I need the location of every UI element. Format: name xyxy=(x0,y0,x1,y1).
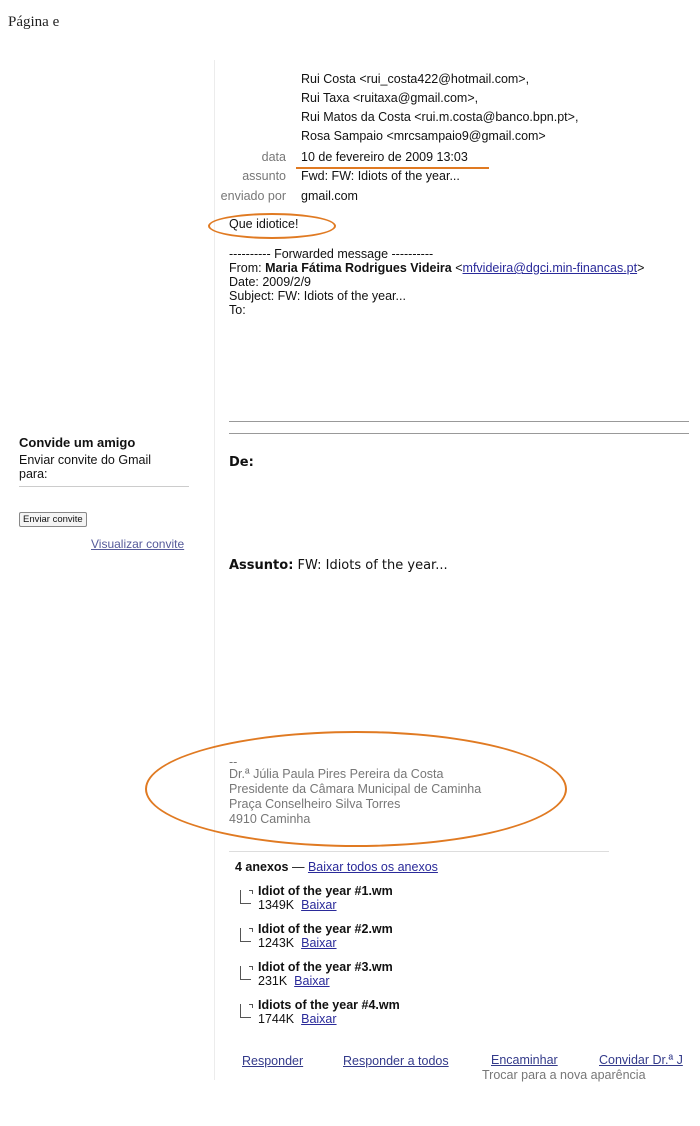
from-email-link[interactable]: mfvideira@dgci.min-financas.pt xyxy=(463,261,638,275)
column-divider xyxy=(214,60,215,1080)
comment-circle-annotation xyxy=(208,213,336,239)
de-label: De: xyxy=(229,455,254,470)
divider xyxy=(229,433,689,434)
subject-label: assunto xyxy=(206,167,286,186)
to-line: To: xyxy=(229,303,246,317)
signature-circle-annotation xyxy=(145,731,567,847)
attachments-count: 4 anexos xyxy=(235,860,289,874)
download-all-link[interactable]: Baixar todos os anexos xyxy=(308,860,438,874)
recipient: Rui Matos da Costa <rui.m.costa@banco.bp… xyxy=(301,108,578,127)
file-icon xyxy=(240,966,251,980)
attachment-size: 1349K xyxy=(258,898,294,912)
assunto-line: Assunto: FW: Idiots of the year... xyxy=(229,558,448,573)
attachments-header: 4 anexos — Baixar todos os anexos xyxy=(235,860,438,874)
invite-email-field[interactable] xyxy=(19,486,189,487)
assunto-label: Assunto: xyxy=(229,558,293,573)
bracket: > xyxy=(637,261,644,275)
sent-by-value: gmail.com xyxy=(301,187,358,206)
divider xyxy=(229,421,689,422)
subject-value: Fwd: FW: Idiots of the year... xyxy=(301,167,460,186)
forward-link[interactable]: Encaminhar xyxy=(491,1053,558,1067)
download-link[interactable]: Baixar xyxy=(301,1012,336,1026)
attachment-size-row: 1243K Baixar xyxy=(258,936,337,950)
attachment-size-row: 1744K Baixar xyxy=(258,1012,337,1026)
attachment-name: Idiot of the year #2.wm xyxy=(258,922,393,936)
file-icon xyxy=(240,890,251,904)
recipient: Rosa Sampaio <mrcsampaio9@gmail.com> xyxy=(301,127,546,146)
page-label: Página e xyxy=(8,14,59,31)
file-icon xyxy=(240,1004,251,1018)
reply-all-link[interactable]: Responder a todos xyxy=(343,1054,449,1068)
attachment-size: 1243K xyxy=(258,936,294,950)
invite-title: Convide um amigo xyxy=(19,436,135,450)
download-link[interactable]: Baixar xyxy=(301,936,336,950)
date-line: Date: 2009/2/9 xyxy=(229,275,311,289)
recipient: Rui Costa <rui_costa422@hotmail.com>, xyxy=(301,70,529,89)
assunto-value: FW: Idiots of the year... xyxy=(293,558,447,573)
attachment-size: 1744K xyxy=(258,1012,294,1026)
send-invite-button[interactable]: Enviar convite xyxy=(19,512,87,527)
separator: — xyxy=(289,860,308,874)
from-line: From: Maria Fátima Rodrigues Videira <mf… xyxy=(229,261,644,275)
attachment-size-row: 1349K Baixar xyxy=(258,898,337,912)
date-label: data xyxy=(206,148,286,167)
reply-link[interactable]: Responder xyxy=(242,1054,303,1068)
attachment-name: Idiots of the year #4.wm xyxy=(258,998,400,1012)
forwarded-header: ---------- Forwarded message ---------- xyxy=(229,247,433,261)
preview-invite-link[interactable]: Visualizar convite xyxy=(91,537,184,551)
recipient: Rui Taxa <ruitaxa@gmail.com>, xyxy=(301,89,478,108)
from-name: Maria Fátima Rodrigues Videira xyxy=(265,261,452,275)
bracket: < xyxy=(452,261,463,275)
date-value: 10 de fevereiro de 2009 13:03 xyxy=(301,148,468,167)
attachment-size: 231K xyxy=(258,974,287,988)
invite-contact-link[interactable]: Convidar Dr.ª J xyxy=(599,1053,683,1067)
attachments-divider xyxy=(229,851,609,852)
attachment-name: Idiot of the year #3.wm xyxy=(258,960,393,974)
subject-line: Subject: FW: Idiots of the year... xyxy=(229,289,406,303)
download-link[interactable]: Baixar xyxy=(301,898,336,912)
switch-look-link[interactable]: Trocar para a nova aparência xyxy=(482,1068,646,1082)
attachment-name: Idiot of the year #1.wm xyxy=(258,884,393,898)
attachment-size-row: 231K Baixar xyxy=(258,974,330,988)
invite-text: Enviar convite do Gmail para: xyxy=(19,453,179,481)
sent-by-label: enviado por xyxy=(206,187,286,206)
from-label: From: xyxy=(229,261,265,275)
download-link[interactable]: Baixar xyxy=(294,974,329,988)
file-icon xyxy=(240,928,251,942)
